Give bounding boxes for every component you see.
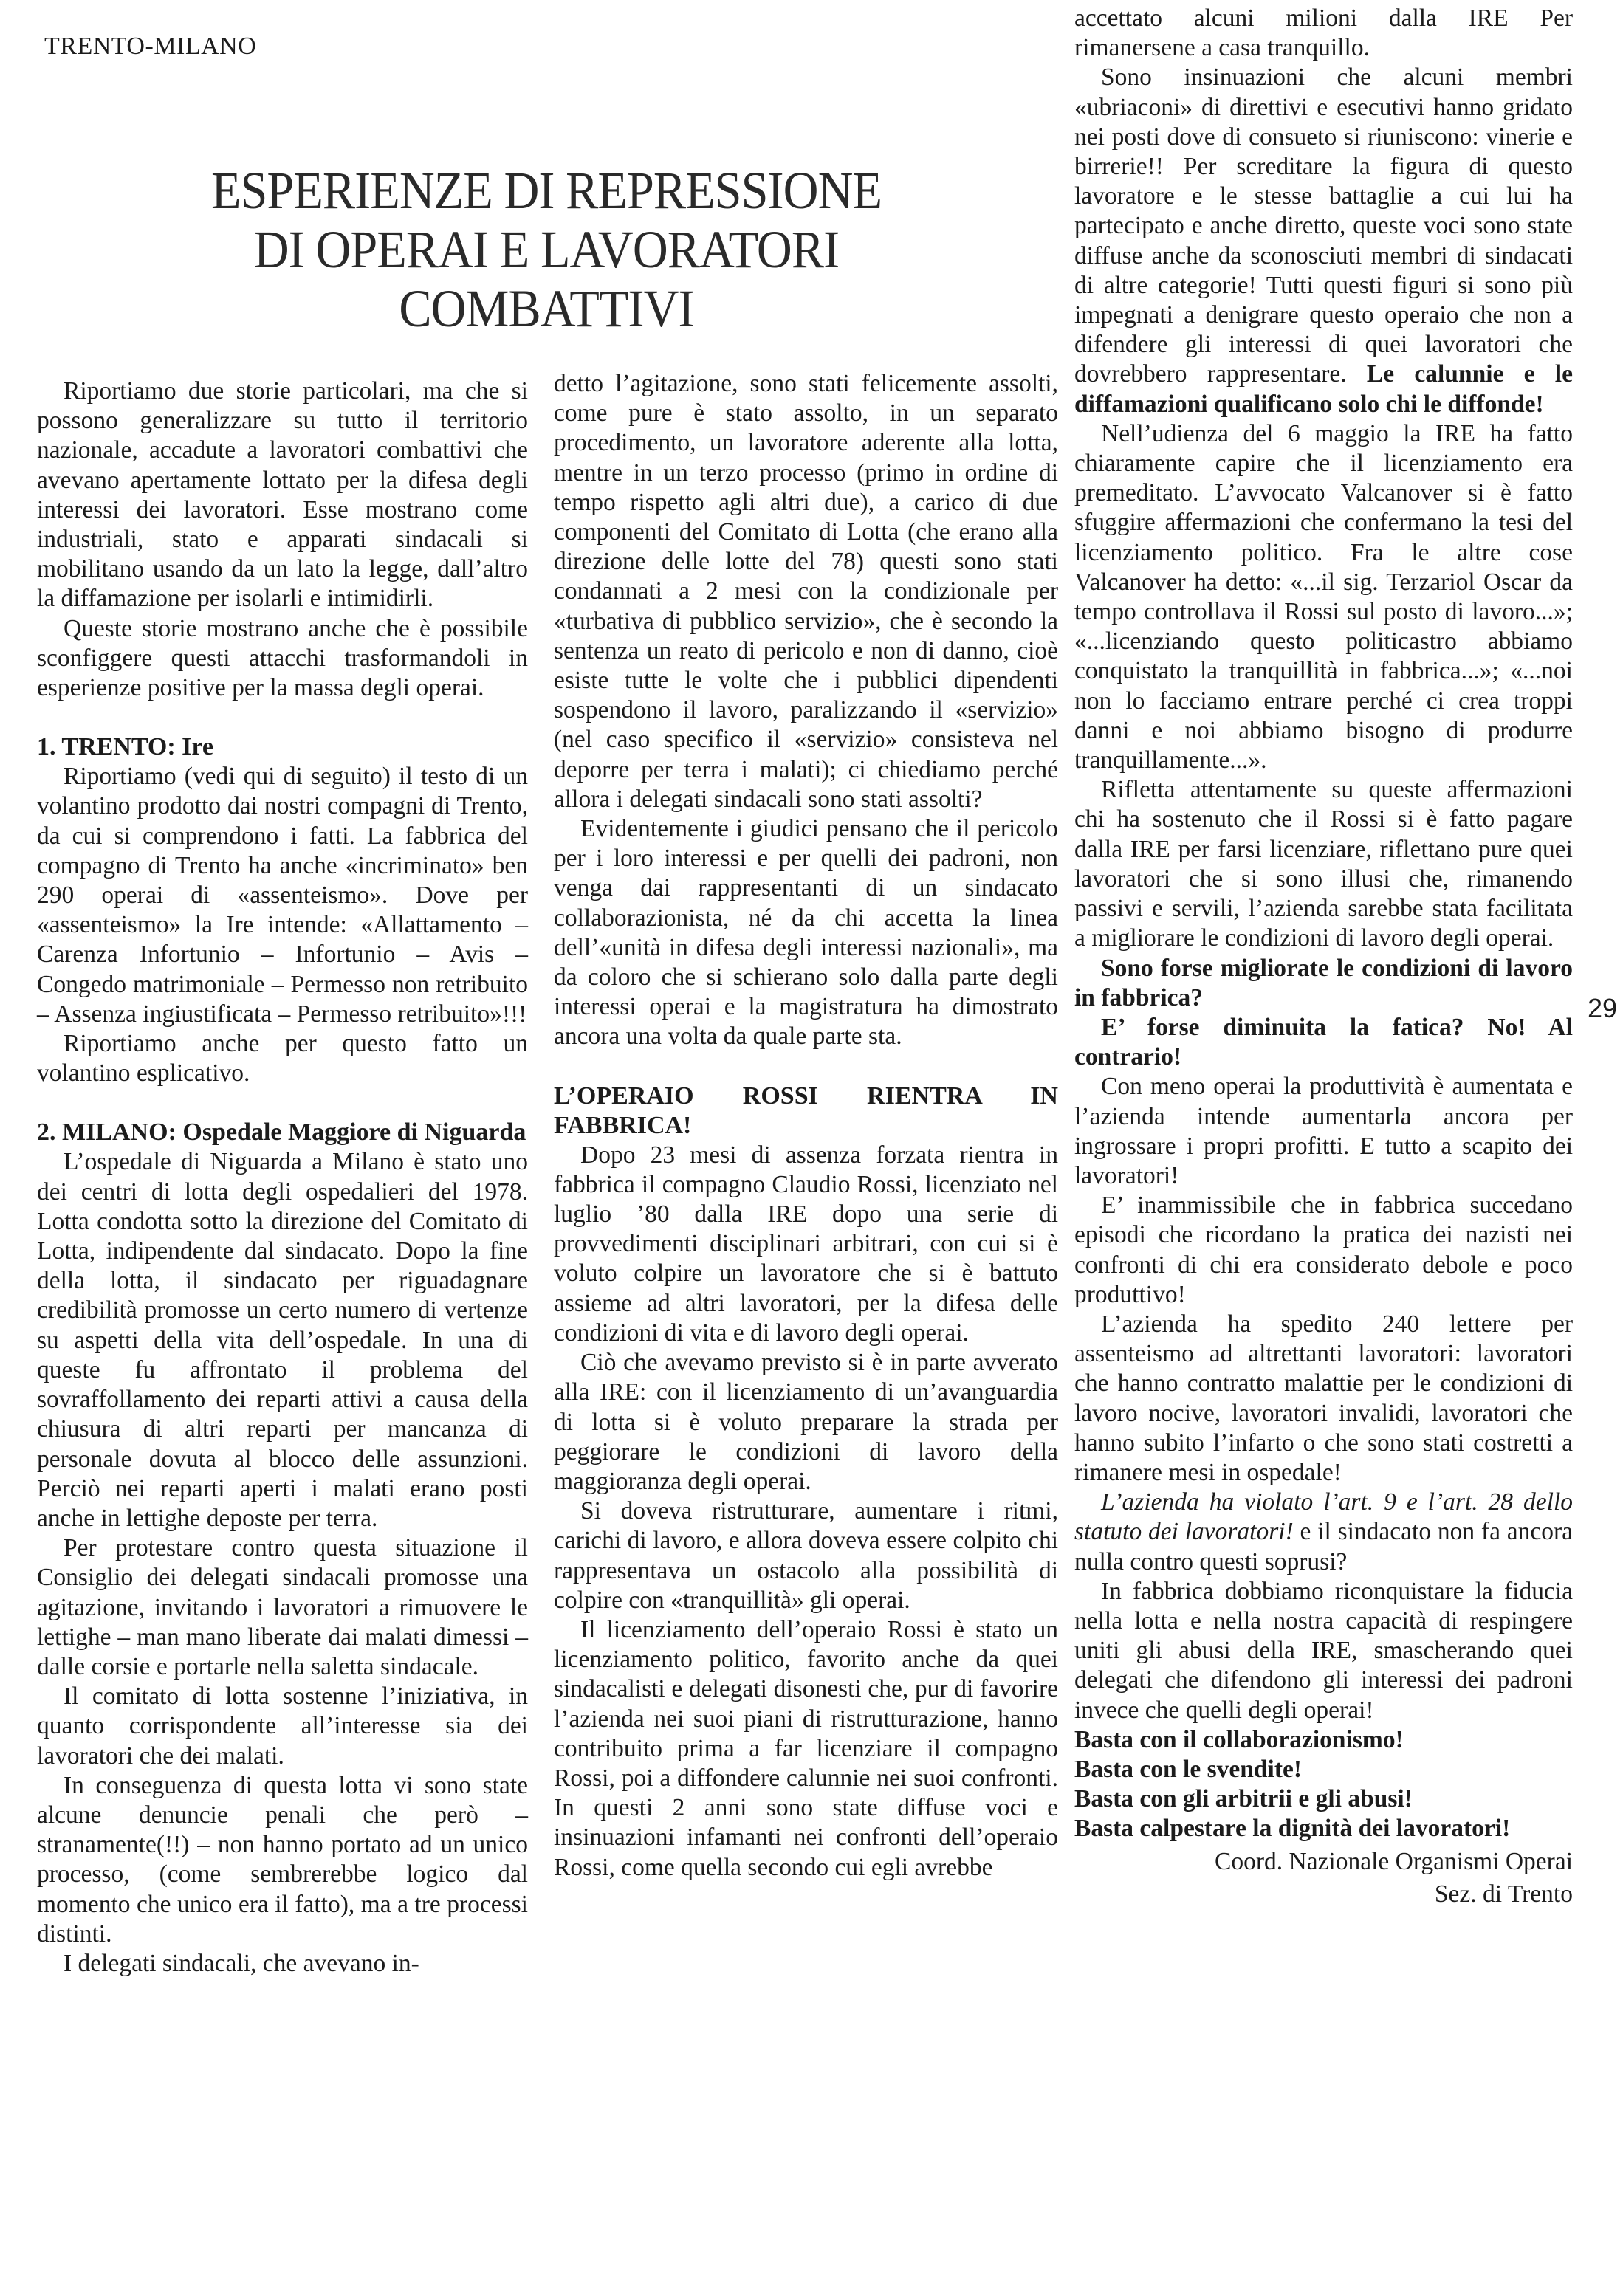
- column-1: Riportiamo due storie particolari, ma ch…: [37, 377, 528, 1979]
- body-paragraph: accettato alcuni milioni dalla IRE Per r…: [1074, 4, 1573, 63]
- bold-question: Sono forse migliorate le condizioni di l…: [1074, 954, 1573, 1013]
- body-paragraph: I delegati sindacali, che avevano in-: [37, 1949, 528, 1979]
- signature-line: Sez. di Trento: [1074, 1880, 1573, 1909]
- body-paragraph: Ciò che avevamo previsto si è in parte a…: [554, 1348, 1058, 1496]
- page-number: 29: [1588, 993, 1617, 1024]
- body-paragraph: L’azienda ha violato l’art. 9 e l’art. 2…: [1074, 1488, 1573, 1577]
- body-paragraph: Con meno operai la produttività è aument…: [1074, 1072, 1573, 1191]
- body-paragraph: E’ inammissibile che in fabbrica succeda…: [1074, 1191, 1573, 1310]
- text-run: Sono insinuazioni che alcuni membri «ubr…: [1074, 63, 1573, 388]
- body-paragraph: Sono insinuazioni che alcuni membri «ubr…: [1074, 63, 1573, 419]
- body-paragraph: Per protestare contro questa situazione …: [37, 1533, 528, 1682]
- section-heading-trento: 1. TRENTO: Ire: [37, 732, 528, 762]
- slogan: Basta calpestare la dignità dei lavorato…: [1074, 1814, 1573, 1843]
- body-paragraph: Il licenziamento dell’operaio Rossi è st…: [554, 1615, 1058, 1883]
- title-line: ESPERIENZE DI REPRESSIONE: [145, 161, 947, 220]
- text-run: E’ forse diminuita la fatica?: [1101, 1014, 1487, 1041]
- slogan: Basta con le svendite!: [1074, 1755, 1573, 1784]
- article-title: ESPERIENZE DI REPRESSIONE DI OPERAI E LA…: [145, 161, 947, 338]
- slogan: Basta con gli arbitrii e gli abusi!: [1074, 1784, 1573, 1814]
- section-tag: TRENTO-MILANO: [44, 32, 256, 61]
- body-paragraph: detto l’agitazione, sono stati felicemen…: [554, 369, 1058, 814]
- body-paragraph: Riportiamo (vedi qui di seguito) il test…: [37, 762, 528, 1029]
- title-line: DI OPERAI E LAVORATORI: [145, 220, 947, 279]
- body-paragraph: Il comitato di lotta sostenne l’iniziati…: [37, 1682, 528, 1771]
- body-paragraph: In conseguenza di questa lotta vi sono s…: [37, 1771, 528, 1949]
- intro-paragraph: Riportiamo due storie particolari, ma ch…: [37, 377, 528, 614]
- body-paragraph: Rifletta attentamente su queste affermaz…: [1074, 775, 1573, 953]
- body-paragraph: In fabbrica dobbiamo riconquistare la fi…: [1074, 1577, 1573, 1725]
- body-paragraph: Evidentemente i giudici pensano che il p…: [554, 814, 1058, 1052]
- column-2: detto l’agitazione, sono stati felicemen…: [554, 369, 1058, 1883]
- body-paragraph: Dopo 23 mesi di assenza forzata rientra …: [554, 1141, 1058, 1348]
- body-paragraph: L’azienda ha spedito 240 lettere per ass…: [1074, 1310, 1573, 1488]
- title-line: COMBATTIVI: [145, 279, 947, 338]
- body-paragraph: L’ospedale di Niguarda a Milano è stato …: [37, 1147, 528, 1533]
- signature-line: Coord. Nazionale Organismi Operai: [1074, 1847, 1573, 1877]
- section-heading-rossi: L’OPERAIO ROSSI RIENTRA IN FABBRICA!: [554, 1082, 1058, 1141]
- body-paragraph: Riportiamo anche per questo fatto un vol…: [37, 1029, 528, 1088]
- bold-question: E’ forse diminuita la fatica? No! Al con…: [1074, 1013, 1573, 1072]
- body-paragraph: Si doveva ristrutturare, aumentare i rit…: [554, 1496, 1058, 1615]
- intro-paragraph: Queste storie mostrano anche che è possi…: [37, 614, 528, 704]
- section-heading-milano: 2. MILANO: Ospedale Maggiore di Niguarda: [37, 1118, 528, 1147]
- column-3: accettato alcuni milioni dalla IRE Per r…: [1074, 4, 1573, 1909]
- slogan: Basta con il collaborazionismo!: [1074, 1725, 1573, 1755]
- body-paragraph: Nell’udienza del 6 maggio la IRE ha fatt…: [1074, 419, 1573, 775]
